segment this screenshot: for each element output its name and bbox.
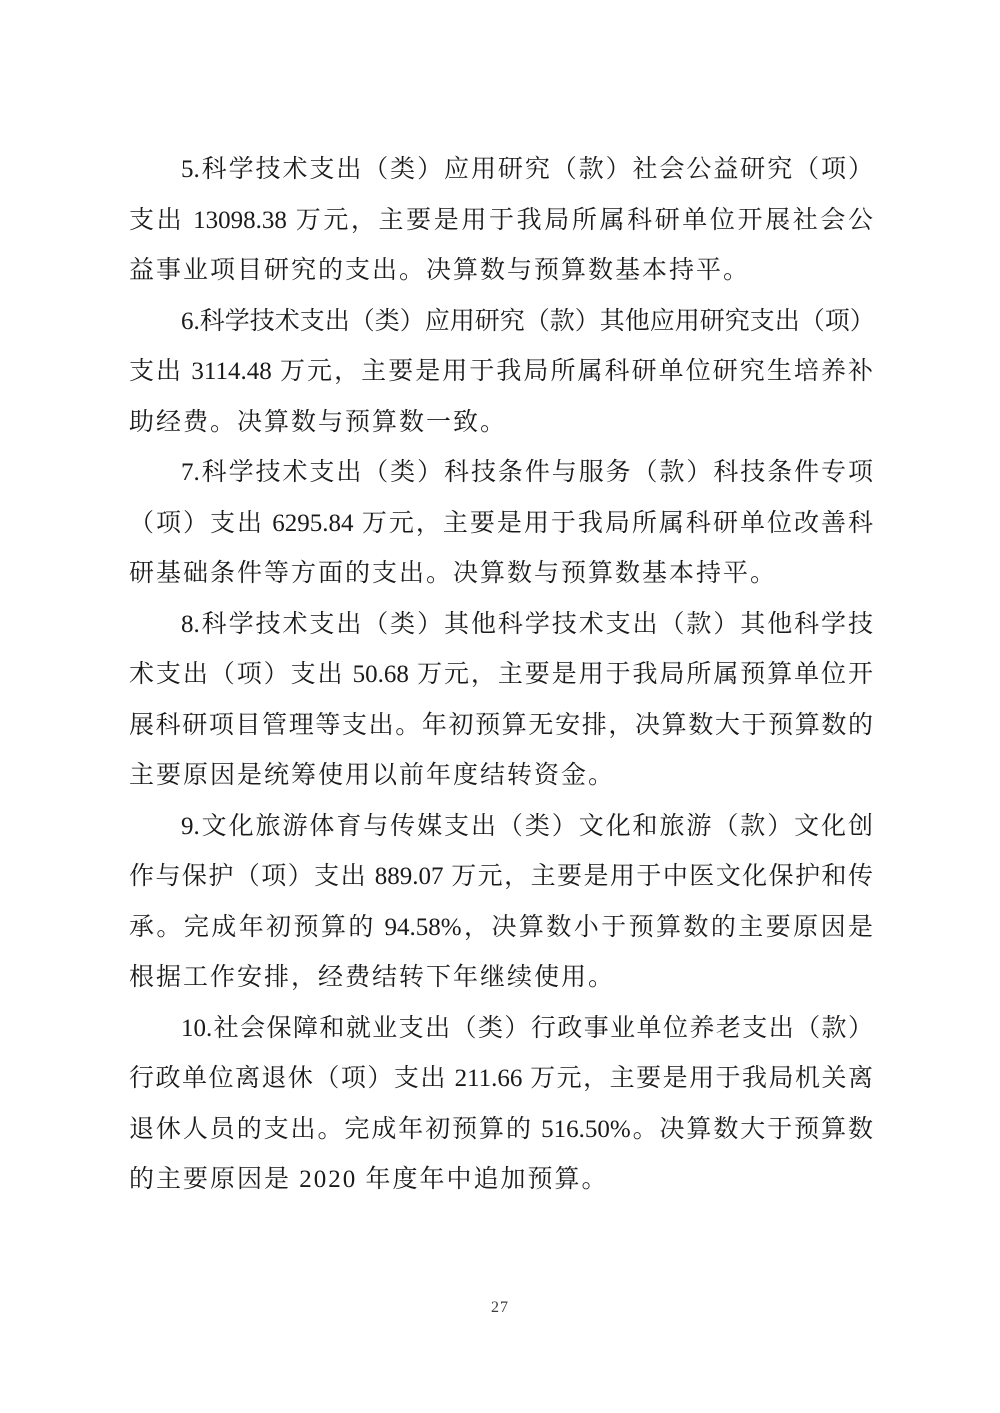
text-line: 助经费。决算数与预算数一致。: [129, 398, 873, 449]
text-line: 根据工作安排，经费结转下年继续使用。: [129, 953, 873, 1004]
text-line: 展科研项目管理等支出。年初预算无安排，决算数大于预算数的: [129, 701, 873, 752]
text-line: 行政单位离退休（项）支出 211.66 万元，主要是用于我局机关离: [129, 1054, 873, 1105]
page-number: 27: [0, 1296, 1000, 1320]
text-line: 支出 13098.38 万元，主要是用于我局所属科研单位开展社会公: [129, 196, 873, 247]
text-line: （项）支出 6295.84 万元，主要是用于我局所属科研单位改善科: [129, 499, 873, 550]
text-line: 6.科学技术支出（类）应用研究（款）其他应用研究支出（项）: [129, 297, 873, 348]
text-line: 的主要原因是 2020 年度年中追加预算。: [129, 1155, 873, 1206]
text-line: 7.科学技术支出（类）科技条件与服务（款）科技条件专项: [129, 448, 873, 499]
text-line: 退休人员的支出。完成年初预算的 516.50%。决算数大于预算数: [129, 1105, 873, 1156]
text-line: 9.文化旅游体育与传媒支出（类）文化和旅游（款）文化创: [129, 802, 873, 853]
paragraph-item-9: 9.文化旅游体育与传媒支出（类）文化和旅游（款）文化创 作与保护（项）支出 88…: [129, 802, 873, 1004]
paragraph-item-6: 6.科学技术支出（类）应用研究（款）其他应用研究支出（项） 支出 3114.48…: [129, 297, 873, 449]
text-line: 承。完成年初预算的 94.58%，决算数小于预算数的主要原因是: [129, 903, 873, 954]
document-page-body: 5.科学技术支出（类）应用研究（款）社会公益研究（项） 支出 13098.38 …: [129, 145, 873, 1206]
text-line: 主要原因是统筹使用以前年度结转资金。: [129, 751, 873, 802]
text-line: 术支出（项）支出 50.68 万元，主要是用于我局所属预算单位开: [129, 650, 873, 701]
paragraph-item-5: 5.科学技术支出（类）应用研究（款）社会公益研究（项） 支出 13098.38 …: [129, 145, 873, 297]
text-line: 研基础条件等方面的支出。决算数与预算数基本持平。: [129, 549, 873, 600]
text-line: 10.社会保障和就业支出（类）行政事业单位养老支出（款）: [129, 1004, 873, 1055]
paragraph-item-10: 10.社会保障和就业支出（类）行政事业单位养老支出（款） 行政单位离退休（项）支…: [129, 1004, 873, 1206]
text-line: 益事业项目研究的支出。决算数与预算数基本持平。: [129, 246, 873, 297]
text-line: 作与保护（项）支出 889.07 万元，主要是用于中医文化保护和传: [129, 852, 873, 903]
text-line: 支出 3114.48 万元，主要是用于我局所属科研单位研究生培养补: [129, 347, 873, 398]
paragraph-item-8: 8.科学技术支出（类）其他科学技术支出（款）其他科学技 术支出（项）支出 50.…: [129, 600, 873, 802]
paragraph-item-7: 7.科学技术支出（类）科技条件与服务（款）科技条件专项 （项）支出 6295.8…: [129, 448, 873, 600]
text-line: 5.科学技术支出（类）应用研究（款）社会公益研究（项）: [129, 145, 873, 196]
text-line: 8.科学技术支出（类）其他科学技术支出（款）其他科学技: [129, 600, 873, 651]
